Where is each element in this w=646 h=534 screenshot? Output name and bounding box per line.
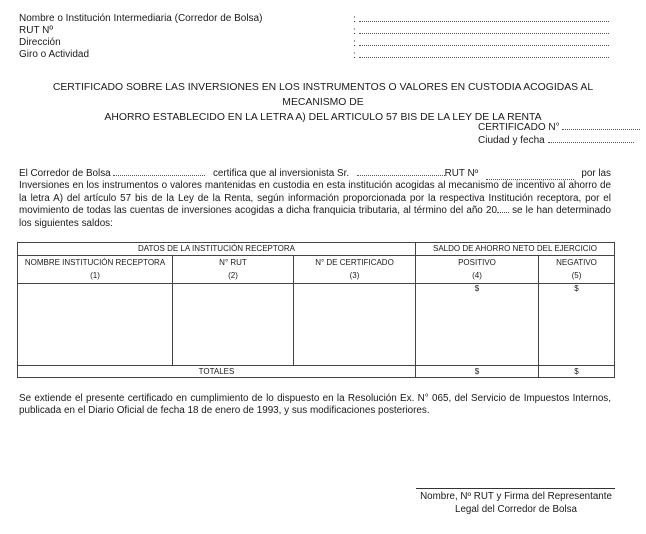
group-header-institution: DATOS DE LA INSTITUCIÓN RECEPTORA bbox=[18, 243, 416, 256]
cell-rut[interactable] bbox=[173, 284, 294, 366]
col-header-institution-name: NOMBRE INSTITUCIÓN RECEPTORA(1) bbox=[18, 256, 173, 284]
field-label-broker-name: Nombre o Institución Intermediaria (Corr… bbox=[19, 13, 262, 25]
signature-caption: Nombre, Nº RUT y Firma del Representante… bbox=[400, 490, 632, 516]
year-blank[interactable] bbox=[497, 212, 509, 213]
text-rut: RUT Nº bbox=[445, 168, 479, 179]
field-activity[interactable]: : bbox=[353, 49, 615, 62]
body-paragraph: El Corredor de Bolsa certifica que al in… bbox=[19, 168, 611, 230]
col-header-negative: NEGATIVO(5) bbox=[539, 256, 615, 284]
field-label-address: Dirección bbox=[19, 37, 61, 49]
total-negative[interactable]: $ bbox=[539, 366, 615, 378]
title-line-1: CERTIFICADO SOBRE LAS INVERSIONES EN LOS… bbox=[20, 80, 626, 110]
broker-blank[interactable] bbox=[113, 175, 205, 176]
field-label-activity: Giro o Actividad bbox=[19, 49, 89, 61]
cell-institution-name[interactable] bbox=[18, 284, 173, 366]
cell-certificate-number[interactable] bbox=[294, 284, 416, 366]
certificate-number-field[interactable] bbox=[562, 121, 640, 130]
city-date-field[interactable] bbox=[548, 134, 634, 143]
rut-blank[interactable] bbox=[486, 168, 574, 180]
col-header-positive: POSITIVO(4) bbox=[416, 256, 539, 284]
table-column-header-row: NOMBRE INSTITUCIÓN RECEPTORA(1) N° RUT(2… bbox=[18, 256, 615, 284]
col-header-rut: N° RUT(2) bbox=[173, 256, 294, 284]
totals-row: TOTALES $ $ bbox=[18, 366, 615, 378]
cell-negative[interactable]: $ bbox=[539, 284, 615, 366]
table-group-header-row: DATOS DE LA INSTITUCIÓN RECEPTORA SALDO … bbox=[18, 243, 615, 256]
document-title: CERTIFICADO SOBRE LAS INVERSIONES EN LOS… bbox=[20, 80, 626, 125]
city-date-label: Ciudad y fecha bbox=[478, 135, 545, 146]
total-positive[interactable]: $ bbox=[416, 366, 539, 378]
signature-line[interactable] bbox=[416, 488, 615, 489]
text-broker: El Corredor de Bolsa bbox=[19, 168, 111, 179]
footer-paragraph: Se extiende el presente certificado en c… bbox=[19, 393, 611, 418]
body-rest: Inversiones en los instrumentos o valore… bbox=[19, 180, 611, 230]
certificate-number-label: CERTIFICADO N° bbox=[478, 122, 560, 133]
totals-label: TOTALES bbox=[18, 366, 416, 378]
signature-caption-line-1: Nombre, Nº RUT y Firma del Representante bbox=[400, 490, 632, 503]
city-date-row: Ciudad y fecha bbox=[478, 134, 634, 147]
signature-caption-line-2: Legal del Corredor de Bolsa bbox=[400, 503, 632, 516]
text-certifies: certifica que al inversionista Sr. bbox=[213, 168, 349, 180]
group-header-balance: SALDO DE AHORRO NETO DEL EJERCICIO bbox=[416, 243, 615, 256]
investor-blank[interactable] bbox=[357, 175, 445, 176]
field-label-rut: RUT Nº bbox=[19, 25, 53, 37]
text-for-the: por las bbox=[581, 168, 611, 180]
certificate-number-row: CERTIFICADO N° bbox=[478, 121, 640, 134]
table-row: $ $ bbox=[18, 284, 615, 366]
cell-positive[interactable]: $ bbox=[416, 284, 539, 366]
balances-table: DATOS DE LA INSTITUCIÓN RECEPTORA SALDO … bbox=[17, 242, 615, 378]
col-header-certificate-number: N° DE CERTIFICADO(3) bbox=[294, 256, 416, 284]
body-first-line: El Corredor de Bolsa certifica que al in… bbox=[19, 168, 611, 180]
